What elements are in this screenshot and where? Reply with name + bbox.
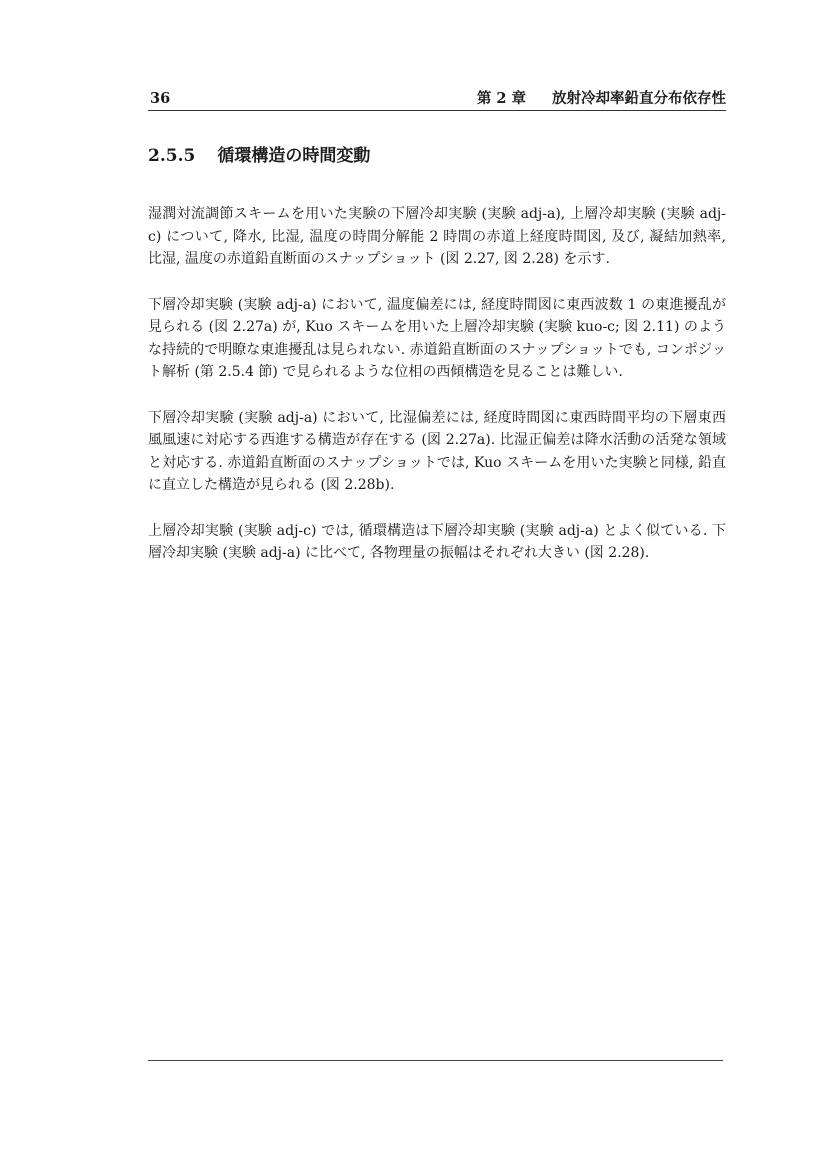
body-text: 湿潤対流調節スキームを用いた実験の下層冷却実験 (実験 adj-a), 上層冷却… [148, 203, 726, 588]
chapter-title: 放射冷却率鉛直分布依存性 [552, 90, 726, 107]
paragraph: 湿潤対流調節スキームを用いた実験の下層冷却実験 (実験 adj-a), 上層冷却… [148, 203, 726, 271]
chapter-header: 第 2 章放射冷却率鉛直分布依存性 [477, 89, 726, 109]
section-title: 循環構造の時間変動 [217, 146, 370, 166]
section-number: 2.5.5 [148, 146, 195, 166]
header-rule [148, 110, 726, 111]
paragraph: 下層冷却実験 (実験 adj-a) において, 温度偏差には, 経度時間図に東西… [148, 294, 726, 384]
paragraph: 上層冷却実験 (実験 adj-c) では, 循環構造は下層冷却実験 (実験 ad… [148, 520, 726, 565]
running-header: 36 第 2 章放射冷却率鉛直分布依存性 [148, 89, 726, 109]
paragraph: 下層冷却実験 (実験 adj-a) において, 比湿偏差には, 経度時間図に東西… [148, 407, 726, 497]
footer-rule [148, 1060, 723, 1061]
document-page: 36 第 2 章放射冷却率鉛直分布依存性 2.5.5循環構造の時間変動 湿潤対流… [148, 0, 726, 1169]
page-number: 36 [150, 89, 170, 109]
chapter-number: 第 2 章 [477, 90, 526, 107]
section-heading: 2.5.5循環構造の時間変動 [148, 145, 370, 167]
